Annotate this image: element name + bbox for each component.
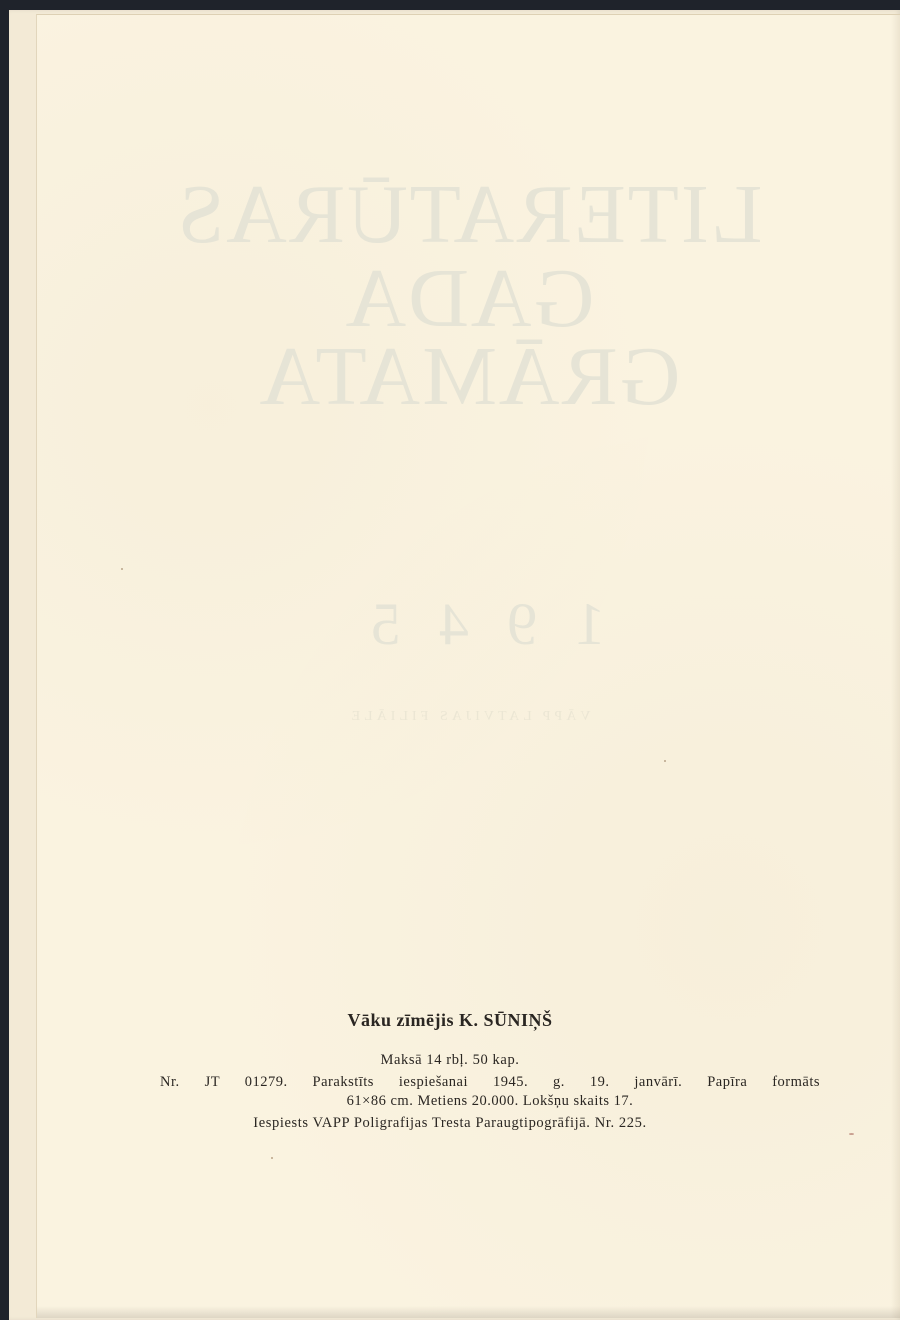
paper-speck [849, 1133, 854, 1135]
cover-designer-credit: Vāku zīmējis K. SŪNIŅŠ [0, 1010, 900, 1031]
printer-line: Iespiests VAPP Poligrafijas Tresta Parau… [0, 1115, 900, 1132]
paper-speck [271, 1157, 273, 1159]
showthrough-title-line-1: LITERATŪRAS [37, 175, 900, 255]
imprint-line-1: Nr. JT 01279. Parakstīts iespiešanai 194… [160, 1073, 820, 1092]
page-bottom-shade [37, 1306, 900, 1318]
imprint-block: Nr. JT 01279. Parakstīts iespiešanai 194… [160, 1073, 820, 1111]
paper-speck [664, 760, 666, 762]
showthrough-year: 1945 [37, 590, 900, 659]
showthrough-title-line-3: GRĀMATA [37, 337, 900, 417]
price-line: Maksā 14 rbļ. 50 kap. [0, 1052, 900, 1069]
showthrough-title-line-2: GADA [37, 259, 900, 339]
showthrough-subtitle: VĀPP LATVIJAS FILIĀLE [37, 709, 900, 725]
paper-speck [121, 568, 123, 570]
imprint-line-2: 61×86 cm. Metiens 20.000. Lokšņu skaits … [160, 1092, 820, 1111]
